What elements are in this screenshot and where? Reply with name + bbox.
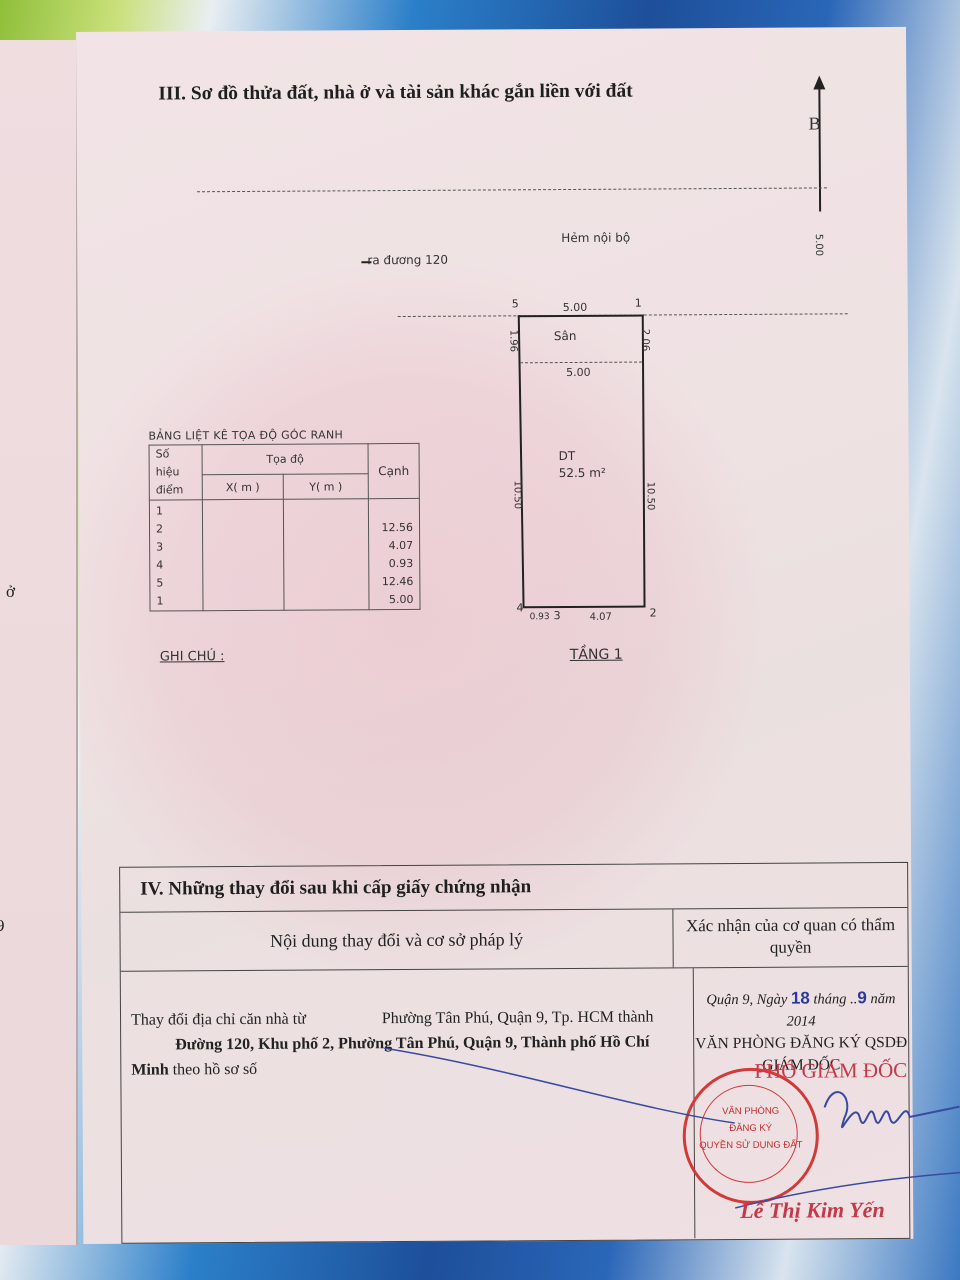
date-prefix: Quận 9, Ngày: [706, 992, 787, 1008]
corner-label: 4: [516, 601, 523, 614]
handwritten-day: 18: [791, 989, 810, 1008]
point-id: 2: [156, 520, 196, 538]
north-line: [818, 81, 821, 211]
yard-boundary-line: [520, 362, 642, 364]
change-text: Thay đổi địa chỉ căn nhà từ: [131, 1011, 306, 1029]
alley-width: 5.00: [813, 234, 824, 256]
floor-label: TẦNG 1: [570, 647, 623, 663]
confirmation-cell: Quận 9, Ngày 18 tháng ..9 năm 2014 VĂN P…: [694, 967, 910, 1238]
header-coord: Tọa độ: [202, 444, 368, 475]
yard-label: Sân: [554, 329, 577, 343]
yard-width: 5.00: [566, 366, 591, 379]
table-row: 123451 12.564.070.9312.465.00: [149, 498, 420, 611]
yard-right-length: 2.06: [639, 329, 650, 351]
top-edge-length: 5.00: [563, 301, 588, 314]
corner-label: 1: [635, 297, 642, 310]
notes-label: GHI CHÚ :: [160, 649, 225, 664]
edge-length: 5.00: [375, 591, 413, 609]
north-label: B: [809, 113, 821, 134]
point-id: 1: [156, 502, 196, 520]
edge-length: 4.07: [375, 537, 413, 555]
point-id: 1: [156, 592, 196, 610]
section3-title: III. Sơ đồ thửa đất, nhà ở và tài sản kh…: [158, 81, 632, 106]
edge-length: [375, 501, 413, 519]
right-side-length: 10.50: [645, 482, 656, 511]
left-page-fragment: ở: [6, 582, 15, 602]
point-id: 4: [156, 556, 196, 574]
yard-left-length: 1.96: [507, 330, 518, 352]
corner-label: 2: [650, 606, 657, 619]
left-page-fragment: 9: [0, 916, 5, 936]
col1-header: Nội dung thay đổi và cơ sở pháp lý: [120, 909, 673, 970]
handwritten-month: 9: [857, 988, 867, 1007]
edge-length: 12.46: [375, 573, 413, 591]
section4-table: IV. Những thay đổi sau khi cấp giấy chứn…: [119, 862, 910, 1244]
col2-header: Xác nhận của cơ quan có thẩm quyền: [673, 908, 907, 967]
edges-column: 12.564.070.9312.465.00: [368, 498, 420, 609]
coords-table-title: BẢNG LIỆT KÊ TỌA ĐỘ GÓC RANH: [148, 428, 343, 442]
header-y: Y( m ): [283, 474, 368, 499]
header-point: Số hiệu điểm: [149, 445, 202, 500]
bottom-right-length: 4.07: [590, 612, 612, 623]
alley-boundary-line: [197, 187, 827, 192]
plot-top-edge: [518, 315, 644, 318]
point-id: 5: [156, 574, 196, 592]
signer-name: Lê Thị Kim Yến: [740, 1199, 885, 1222]
coords-table: Số hiệu điểm Tọa độ Cạnh X( m ) Y( m ) 1…: [149, 443, 421, 612]
direction-label: ra đương 120: [367, 253, 448, 267]
section4-title: IV. Những thay đổi sau khi cấp giấy chứn…: [120, 863, 907, 913]
bottom-left-length: 0.93: [530, 612, 550, 622]
points-column: 123451: [149, 500, 203, 611]
area-value: 52.5 m²: [559, 466, 606, 480]
point-id: 3: [156, 538, 196, 556]
area-label: DT: [559, 449, 576, 463]
left-page-edge: ở 9: [0, 40, 78, 1245]
change-text: Phường Tân Phú, Quận 9, Tp. HCM thành: [382, 1008, 654, 1027]
month-label: tháng ..: [813, 991, 857, 1007]
edge-length: 0.93: [375, 555, 413, 573]
header-edge: Cạnh: [368, 443, 419, 498]
left-arrow-icon: [361, 261, 371, 263]
road-label: Hẻm nội bộ: [561, 231, 630, 245]
corner-label: 5: [512, 297, 519, 310]
plot-right-edge: [642, 315, 646, 607]
plot-left-edge: [518, 315, 525, 607]
header-x: X( m ): [202, 474, 283, 499]
corner-label: 3: [554, 609, 561, 622]
left-side-length: 10.50: [512, 480, 523, 509]
plot-bottom-edge: [523, 606, 646, 609]
certificate-page: III. Sơ đồ thửa đất, nhà ở và tài sản kh…: [76, 27, 913, 1244]
edge-length: 12.56: [375, 519, 413, 537]
